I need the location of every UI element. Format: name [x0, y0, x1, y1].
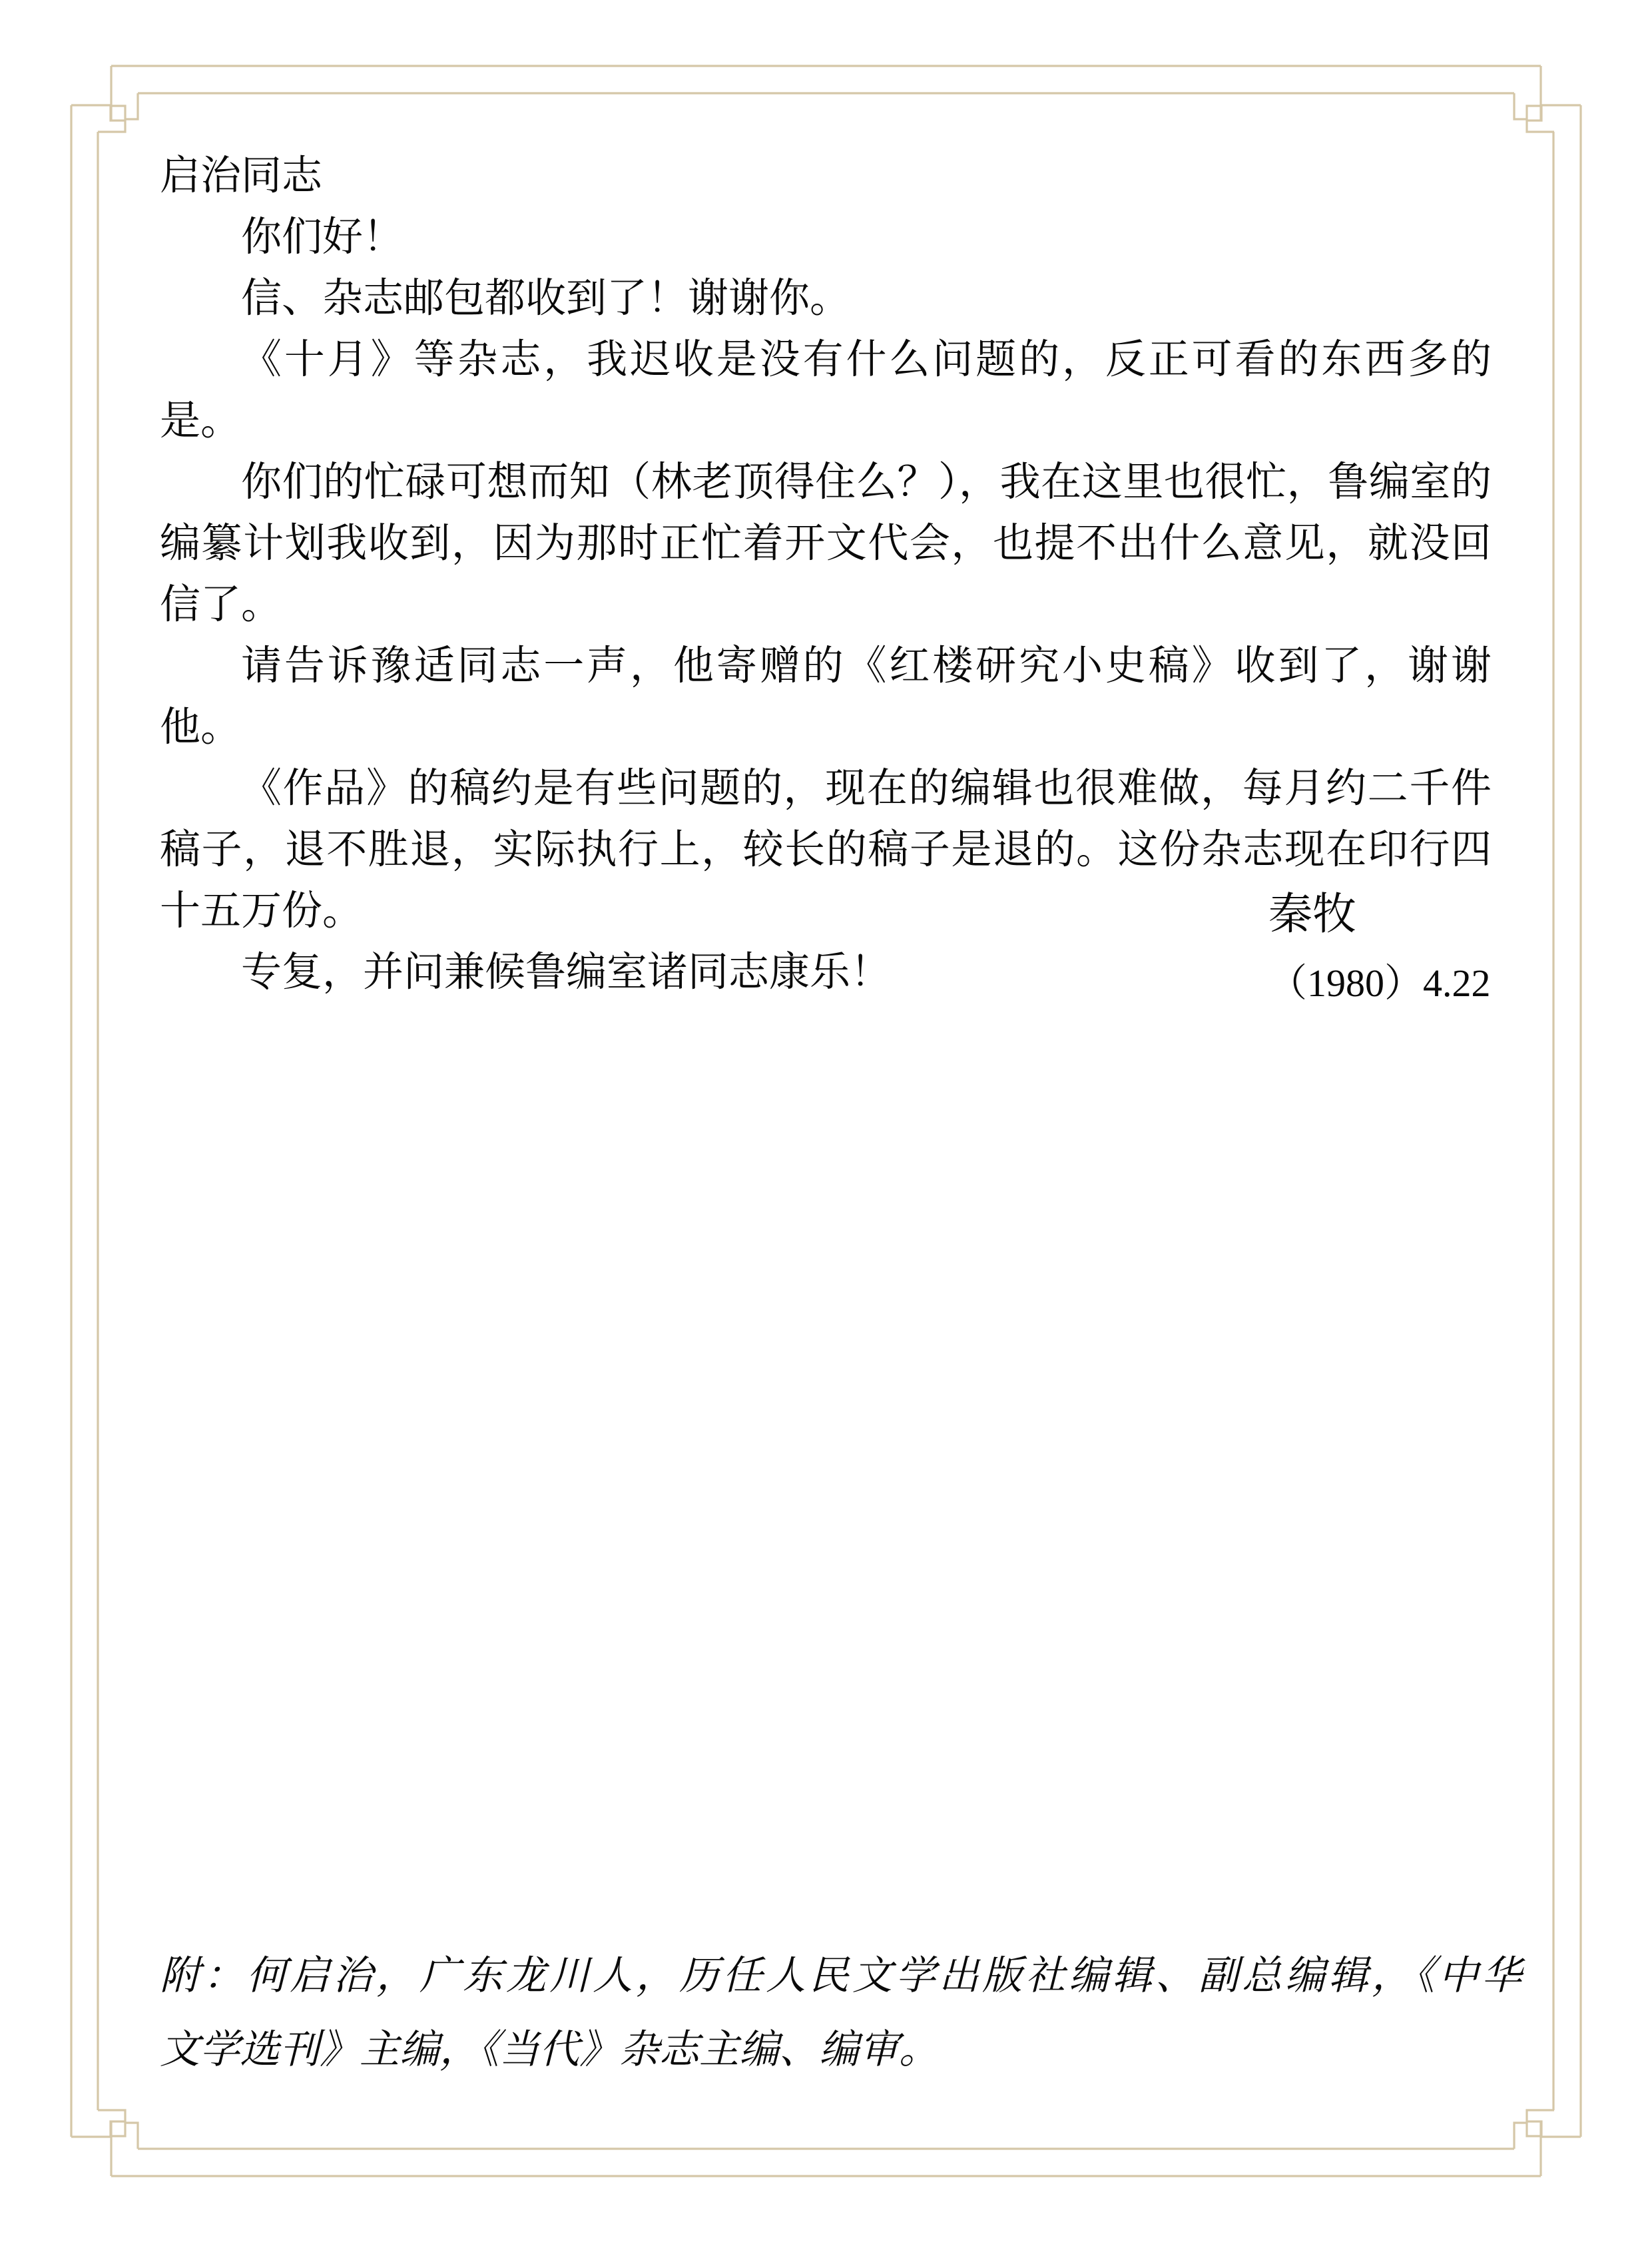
signature-name: 秦牧 [1268, 882, 1491, 948]
corner-motif [71, 66, 138, 132]
letter-text: 启治同志 你们好！ 信、杂志邮包都收到了！谢谢你。 《十月》等杂志，我迟收是没有… [160, 146, 1492, 1003]
paragraph-magazines: 《十月》等杂志，我迟收是没有什么问题的，反正可看的东西多的是。 [160, 330, 1492, 452]
postscript-note: 附：何启治，广东龙川人，历任人民文学出版社编辑、副总编辑，《中华 文学选刊》主编… [160, 1939, 1521, 2087]
salutation: 启治同志 [160, 146, 1492, 207]
letter-page: 启治同志 你们好！ 信、杂志邮包都收到了！谢谢你。 《十月》等杂志，我迟收是没有… [0, 0, 1652, 2242]
postscript-line-1: 附：何启治，广东龙川人，历任人民文学出版社编辑、副总编辑，《中华 [160, 1939, 1521, 2013]
signature-date: （1980）4.22 [1268, 948, 1491, 1019]
paragraph-received: 信、杂志邮包都收到了！谢谢你。 [160, 268, 1492, 330]
paragraph-busy: 你们的忙碌可想而知（林老顶得住么？），我在这里也很忙，鲁编室的编纂计划我收到，因… [160, 452, 1492, 636]
postscript-line-2: 文学选刊》主编，《当代》杂志主编、编审。 [160, 2013, 1521, 2087]
paragraph-thanks-yushi: 请告诉豫适同志一声，他寄赠的《红楼研究小史稿》收到了，谢谢他。 [160, 636, 1492, 758]
paragraph-greeting: 你们好！ [160, 207, 1492, 268]
signature-block: 秦牧 （1980）4.22 [1268, 882, 1491, 1019]
